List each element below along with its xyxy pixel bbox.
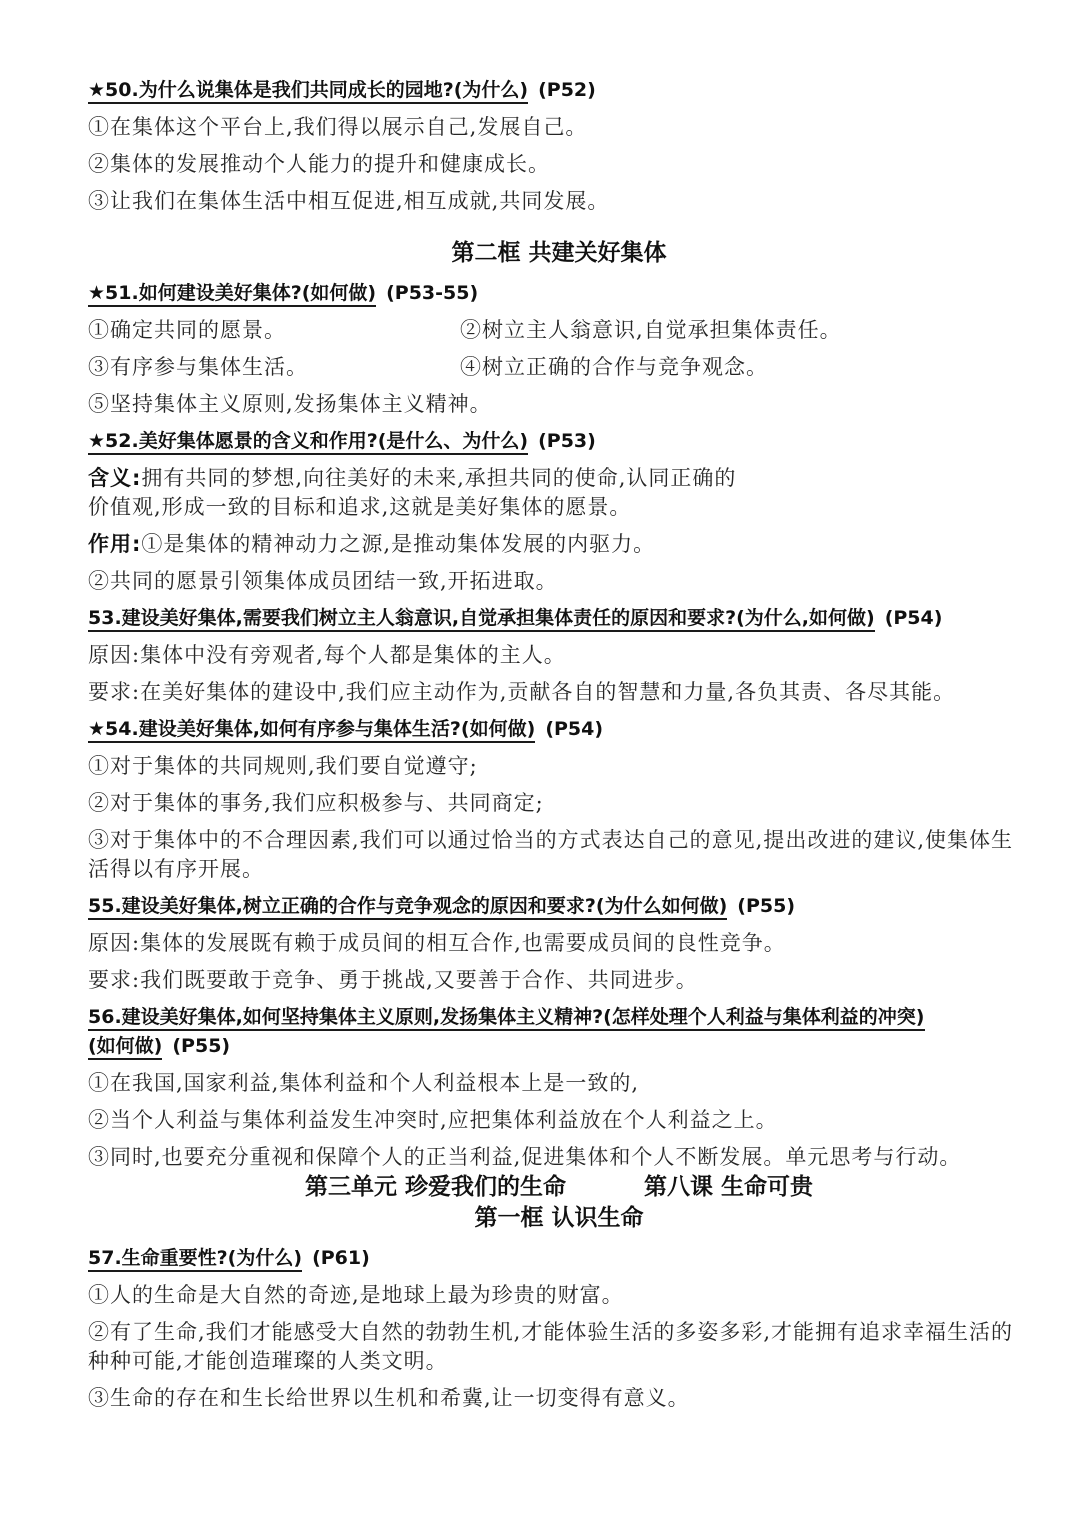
q56-point-2: ②当个人利益与集体利益发生冲突时,应把集体利益放在个人利益之上。 [88, 1106, 1030, 1135]
q57-title: 57.生命重要性?(为什么)(P61) [88, 1244, 1030, 1273]
q57-point-2: ②有了生命,我们才能感受大自然的勃勃生机,才能体验生活的多姿多彩,才能拥有追求幸… [88, 1318, 1030, 1376]
document-page: ★50.为什么说集体是我们共同成长的园地?(为什么)(P52) ①在集体这个平台… [0, 0, 1080, 1413]
q51-page-ref: (P53-55) [386, 282, 478, 304]
q51-row-2: ③有序参与集体生活。④树立正确的合作与竞争观念。 [88, 353, 1030, 382]
q52-meaning-label: 含义: [88, 466, 141, 490]
unit3-heading: 第三单元 珍爱我们的生命第八课 生命可贵 [88, 1172, 1030, 1203]
q53-requirement-text: 在美好集体的建设中,我们应主动作为,贡献各自的智慧和力量,各负其责、各尽其能。 [140, 680, 955, 704]
q53-requirement-label: 要求: [88, 680, 140, 704]
q50-point-3: ③让我们在集体生活中相互促进,相互成就,共同发展。 [88, 187, 1030, 216]
q51-point-5: ⑤坚持集体主义原则,发扬集体主义精神。 [88, 390, 1030, 419]
q51-title-text: ★51.如何建设美好集体?(如何做) [88, 282, 376, 307]
q57-point-3: ③生命的存在和生长给世界以生机和希冀,让一切变得有意义。 [88, 1384, 1030, 1413]
q56-title: 56.建设美好集体,如何坚持集体主义原则,发扬集体主义精神?(怎样处理个人利益与… [88, 1003, 1030, 1061]
q52-title: ★52.美好集体愿景的含义和作用?(是什么、为什么)(P53) [88, 427, 1030, 456]
q50-point-1: ①在集体这个平台上,我们得以展示自己,发展自己。 [88, 113, 1030, 142]
q51-title: ★51.如何建设美好集体?(如何做)(P53-55) [88, 279, 1030, 308]
q54-page-ref: (P54) [545, 718, 603, 740]
q55-reason: 原因:集体的发展既有赖于成员间的相互合作,也需要成员间的良性竞争。 [88, 929, 1030, 958]
q55-reason-label: 原因: [88, 931, 140, 955]
q52-effect-point-1: ①是集体的精神动力之源,是推动集体发展的内驱力。 [141, 532, 655, 556]
q53-reason-text: 集体中没有旁观者,每个人都是集体的主人。 [140, 643, 566, 667]
q53-requirement: 要求:在美好集体的建设中,我们应主动作为,贡献各自的智慧和力量,各负其责、各尽其… [88, 678, 1030, 707]
q51-point-4: ④树立正确的合作与竞争观念。 [460, 355, 768, 379]
q51-point-1: ①确定共同的愿景。 [88, 316, 460, 345]
q51-point-3: ③有序参与集体生活。 [88, 353, 460, 382]
q53-reason: 原因:集体中没有旁观者,每个人都是集体的主人。 [88, 641, 1030, 670]
q50-page-ref: (P52) [538, 79, 596, 101]
q53-title-text: 53.建设美好集体,需要我们树立主人翁意识,自觉承担集体责任的原因和要求?(为什… [88, 607, 875, 632]
unit3-heading-title: 第三单元 珍爱我们的生命 [305, 1174, 566, 1200]
q52-title-text: ★52.美好集体愿景的含义和作用?(是什么、为什么) [88, 430, 528, 455]
frame2-heading: 第二框 共建关好集体 [88, 238, 1030, 269]
q56-page-ref: (P55) [172, 1035, 230, 1057]
q54-point-1: ①对于集体的共同规则,我们要自觉遵守; [88, 752, 1030, 781]
q54-title: ★54.建设美好集体,如何有序参与集体生活?(如何做)(P54) [88, 715, 1030, 744]
q51-row-1: ①确定共同的愿景。②树立主人翁意识,自觉承担集体责任。 [88, 316, 1030, 345]
q56-point-1: ①在我国,国家利益,集体利益和个人利益根本上是一致的, [88, 1069, 1030, 1098]
q54-point-2: ②对于集体的事务,我们应积极参与、共同商定; [88, 789, 1030, 818]
q52-meaning-line2: 价值观,形成一致的目标和追求,这就是美好集体的愿景。 [88, 495, 631, 519]
q53-page-ref: (P54) [885, 607, 943, 629]
frame1-heading: 第一框 认识生命 [88, 1203, 1030, 1234]
q55-requirement-text: 我们既要敢于竞争、勇于挑战,又要善于合作、共同进步。 [140, 968, 698, 992]
q52-meaning: 含义:拥有共同的梦想,向往美好的未来,承担共同的使命,认同正确的 价值观,形成一… [88, 464, 1030, 522]
q55-page-ref: (P55) [737, 895, 795, 917]
q52-effect-point-2: ②共同的愿景引领集体成员团结一致,开拓进取。 [88, 567, 1030, 596]
q51-point-2: ②树立主人翁意识,自觉承担集体责任。 [460, 318, 842, 342]
q50-title: ★50.为什么说集体是我们共同成长的园地?(为什么)(P52) [88, 76, 1030, 105]
q57-point-1: ①人的生命是大自然的奇迹,是地球上最为珍贵的财富。 [88, 1281, 1030, 1310]
q54-title-text: ★54.建设美好集体,如何有序参与集体生活?(如何做) [88, 718, 535, 743]
q57-title-text: 57.生命重要性?(为什么) [88, 1247, 302, 1272]
q53-title: 53.建设美好集体,需要我们树立主人翁意识,自觉承担集体责任的原因和要求?(为什… [88, 604, 1030, 633]
q55-reason-text: 集体的发展既有赖于成员间的相互合作,也需要成员间的良性竞争。 [140, 931, 786, 955]
q53-reason-label: 原因: [88, 643, 140, 667]
q55-title-text: 55.建设美好集体,树立正确的合作与竞争观念的原因和要求?(为什么如何做) [88, 895, 727, 920]
q56-title-line2: (如何做) [88, 1035, 162, 1060]
q52-effect: 作用:①是集体的精神动力之源,是推动集体发展的内驱力。 [88, 530, 1030, 559]
q55-title: 55.建设美好集体,树立正确的合作与竞争观念的原因和要求?(为什么如何做)(P5… [88, 892, 1030, 921]
q56-point-3: ③同时,也要充分重视和保障个人的正当利益,促进集体和个人不断发展。单元思考与行动… [88, 1143, 1030, 1172]
q50-point-2: ②集体的发展推动个人能力的提升和健康成长。 [88, 150, 1030, 179]
q55-requirement: 要求:我们既要敢于竞争、勇于挑战,又要善于合作、共同进步。 [88, 966, 1030, 995]
q52-page-ref: (P53) [538, 430, 596, 452]
q50-title-text: ★50.为什么说集体是我们共同成长的园地?(为什么) [88, 79, 528, 104]
unit3-heading-lesson8: 第八课 生命可贵 [644, 1174, 813, 1200]
q52-meaning-line1: 拥有共同的梦想,向往美好的未来,承担共同的使命,认同正确的 [141, 466, 736, 490]
q56-title-line1: 56.建设美好集体,如何坚持集体主义原则,发扬集体主义精神?(怎样处理个人利益与… [88, 1006, 925, 1031]
q57-page-ref: (P61) [312, 1247, 370, 1269]
q52-effect-label: 作用: [88, 532, 141, 556]
q55-requirement-label: 要求: [88, 968, 140, 992]
q54-point-3: ③对于集体中的不合理因素,我们可以通过恰当的方式表达自己的意见,提出改进的建议,… [88, 826, 1030, 884]
